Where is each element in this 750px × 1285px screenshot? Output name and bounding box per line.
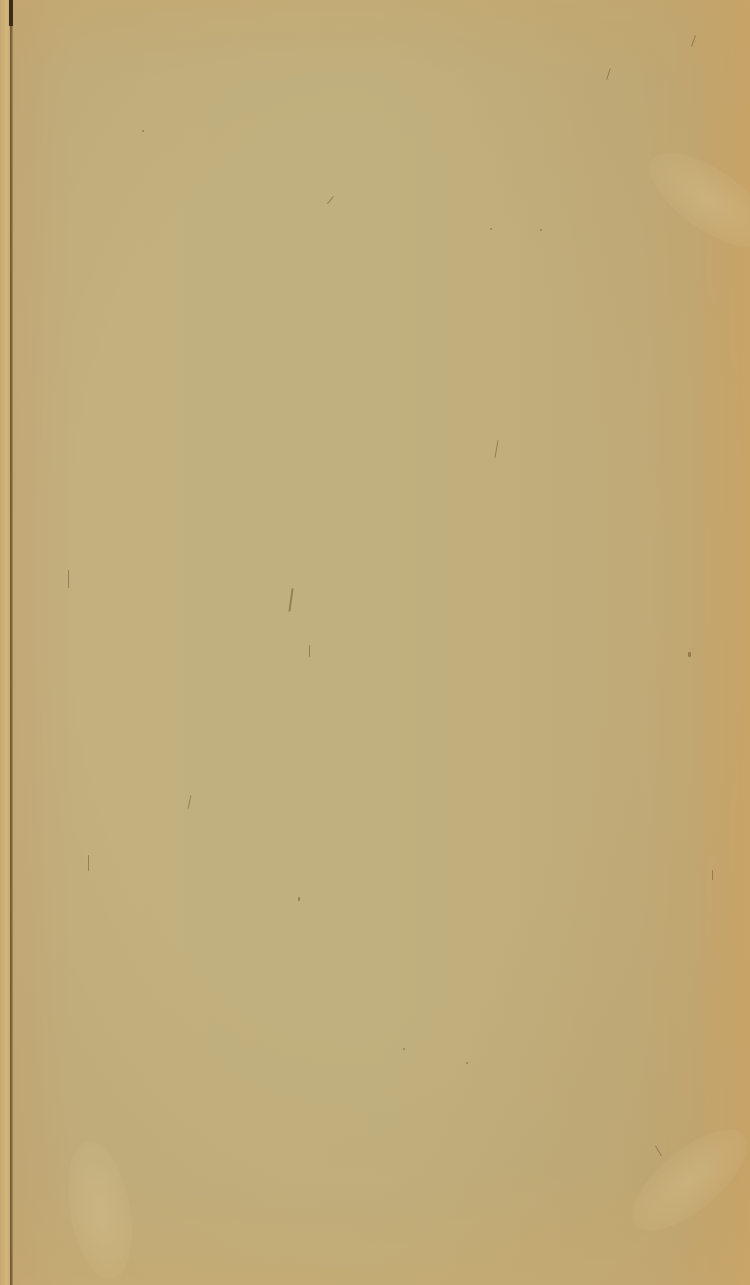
blank-paper-page [13,0,750,1285]
paper-fleck [403,1048,405,1050]
binding-gutter-line [10,0,13,1285]
top-edge-foxing [13,0,750,80]
paper-fleck [540,229,542,231]
paper-fleck [490,228,492,230]
scanned-page [0,0,750,1285]
paper-fleck [712,870,713,880]
paper-fleck [142,130,144,132]
paper-fleck [309,645,310,657]
paper-fleck [298,897,300,901]
paper-fleck [466,1062,468,1064]
paper-fleck [88,855,89,871]
paper-fleck [688,652,691,657]
paper-fleck [68,570,69,588]
